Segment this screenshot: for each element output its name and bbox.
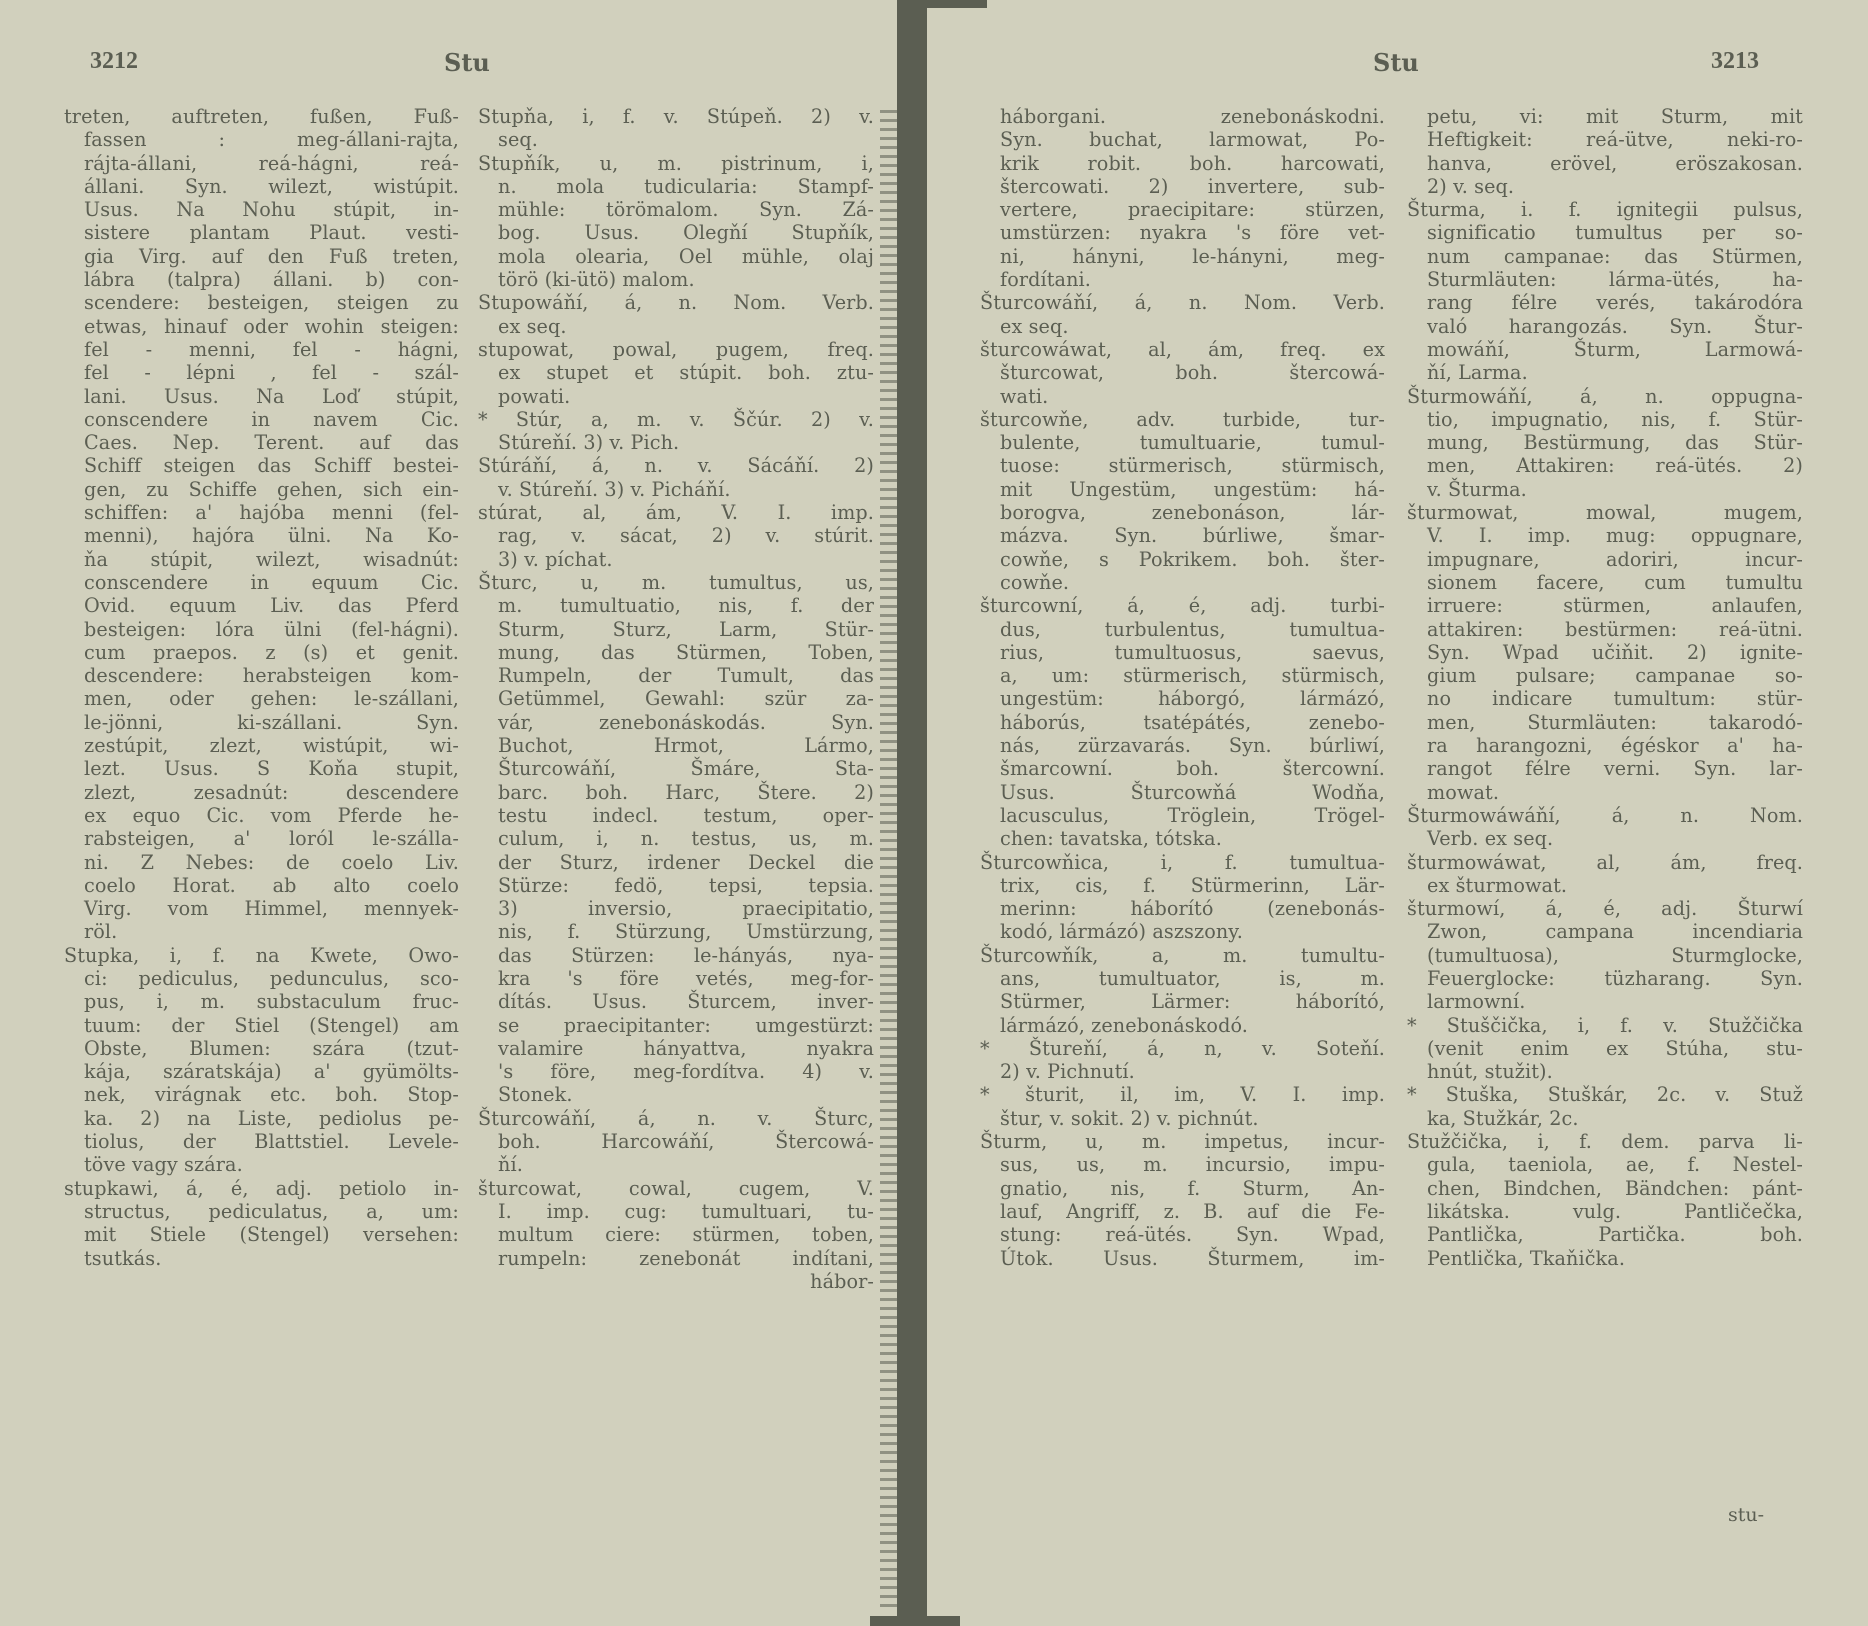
entry-text-line: bulente, tumultuarie, tumul- (1000, 431, 1385, 454)
entry-text-line: boh. Harcowáňí, Štercowá- (498, 1130, 874, 1153)
entry-text-line: valamire hányattva, nyakra (498, 1037, 874, 1060)
entry-text-line: Stúreňí. 3) v. Pich. (498, 431, 874, 454)
entry-text-line: umstürzen: nyakra 's före vet- (1000, 221, 1385, 244)
entry-text-line: powati. (498, 385, 874, 408)
entry-text-line: culum, i, n. testus, us, m. (498, 827, 874, 850)
entry-text-line: šturcowat, boh. štercowá- (1000, 361, 1385, 384)
entry-headword-line: šturcowat, cowal, cugem, V. (478, 1177, 874, 1200)
entry-text-line: chen: tavatska, tótska. (1000, 827, 1385, 850)
entry-text-line: multum ciere: stürmen, toben, (498, 1223, 874, 1246)
entry-text-line: vertere, praecipitare: stürzen, (1000, 198, 1385, 221)
column-3: háborgani. zenebonáskodni.Syn. buchat, l… (1000, 105, 1385, 1270)
entry-text-line: impugnare, adoriri, incur- (1427, 548, 1803, 571)
entry-text-line: háborgani. zenebonáskodni. (1000, 105, 1385, 128)
entry-text-line: Syn. Wpad učiňit. 2) ignite- (1427, 641, 1803, 664)
entry-text-line: se praecipitanter: umgestürzt: (498, 1014, 874, 1037)
entry-text-line: rabsteigen, a' loról le-szálla- (84, 827, 459, 850)
entry-headword-line: * Štureňí, á, n, v. Soteňí. (980, 1037, 1385, 1060)
entry-text-line: lacusculus, Tröglein, Trögel- (1000, 804, 1385, 827)
entry-text-line: gen, zu Schiffe gehen, sich ein- (84, 478, 459, 501)
entry-text-line: men, Sturmläuten: takarodó- (1427, 711, 1803, 734)
entry-text-line: lani. Usus. Na Loď stúpit, (84, 385, 459, 408)
entry-text-line: štur, v. sokit. 2) v. pichnút. (1000, 1107, 1385, 1130)
entry-text-line: zestúpit, zlezt, wistúpit, wi- (84, 734, 459, 757)
entry-text-line: sistere plantam Plaut. vesti- (84, 221, 459, 244)
entry-text-line: tsutkás. (84, 1247, 459, 1270)
entry-text-line: ni. Z Nebes: de coelo Liv. (84, 851, 459, 874)
entry-text-line: coelo Horat. ab alto coelo (84, 874, 459, 897)
column-2: Stupňa, i, f. v. Stúpeň. 2) v.seq.Stupňí… (498, 105, 874, 1293)
entry-text-line: háborús, tsatépátés, zenebo- (1000, 711, 1385, 734)
entry-text-line: mit Ungestüm, ungestüm: há- (1000, 478, 1385, 501)
entry-text-line: num campanae: das Stürmen, (1427, 245, 1803, 268)
entry-text-line: ka. 2) na Liste, pediolus pe- (84, 1107, 459, 1130)
entry-headword-line: šturcowňe, adv. turbide, tur- (980, 408, 1385, 431)
entry-text-line: structus, pediculatus, a, um: (84, 1200, 459, 1223)
entry-headword-line: Stupowáňí, á, n. Nom. Verb. (478, 291, 874, 314)
entry-text-line: rius, tumultuosus, saevus, (1000, 641, 1385, 664)
entry-headword-line: treten, auftreten, fußen, Fuß- (64, 105, 459, 128)
page-number-right: 3213 (1711, 48, 1759, 75)
entry-text-line: men, oder gehen: le-szállani, (84, 687, 459, 710)
entry-text-line: lármázó, zenebonáskodó. (1000, 1014, 1385, 1037)
entry-text-line: menni), hajóra ülni. Na Ko- (84, 524, 459, 547)
entry-text-line: gia Virg. auf den Fuß treten, (84, 245, 459, 268)
entry-headword-line: * Stúr, a, m. v. Ščúr. 2) v. (478, 408, 874, 431)
entry-text-line: seq. (498, 128, 874, 151)
entry-text-line: sionem facere, cum tumultu (1427, 571, 1803, 594)
entry-headword-line: * šturit, il, im, V. I. imp. (980, 1083, 1385, 1106)
entry-text-line: Caes. Nep. Terent. auf das (84, 431, 459, 454)
entry-text-line: schiffen: a' hajóba menni (fel- (84, 501, 459, 524)
entry-text-line: 's före, meg-fordítva. 4) v. (498, 1060, 874, 1083)
entry-text-line: merinn: háborító (zenebonás- (1000, 897, 1385, 920)
page-number-left: 3212 (90, 48, 138, 75)
entry-text-line: men, Attakiren: reá-ütés. 2) (1427, 454, 1803, 477)
entry-text-line: ex seq. (498, 315, 874, 338)
entry-text-line: mung, das Stürmen, Toben, (498, 641, 874, 664)
entry-text-line: ans, tumultuator, is, m. (1000, 967, 1385, 990)
entry-text-line: tuose: stürmerisch, stürmisch, (1000, 454, 1385, 477)
entry-text-line: likátska. vulg. Pantličečka, (1427, 1200, 1803, 1223)
entry-text-line: ňí, Larma. (1427, 361, 1803, 384)
entry-text-line: hábor- (498, 1270, 874, 1293)
entry-text-line: mowáňí, Šturm, Larmowá- (1427, 338, 1803, 361)
entry-headword-line: Šturcowáňí, á, n. v. Šturc, (478, 1107, 874, 1130)
entry-text-line: 3) inversio, praecipitatio, (498, 897, 874, 920)
entry-text-line: chen, Bindchen, Bändchen: pánt- (1427, 1177, 1803, 1200)
entry-headword-line: Stužčička, i, f. dem. parva li- (1407, 1130, 1803, 1153)
entry-text-line: nek, virágnak etc. boh. Stop- (84, 1083, 459, 1106)
entry-text-line: Virg. vom Himmel, mennyek- (84, 897, 459, 920)
entry-text-line: ungestüm: háborgó, lármázó, (1000, 687, 1385, 710)
entry-text-line: dítás. Usus. Šturcem, inver- (498, 990, 874, 1013)
entry-headword-line: Šturcowňík, a, m. tumultu- (980, 944, 1385, 967)
entry-text-line: mung, Bestürmung, das Stür- (1427, 431, 1803, 454)
entry-text-line: Zwon, campana incendiaria (1427, 920, 1803, 943)
entry-text-line: Heftigkeit: reá-ütve, neki-ro- (1427, 128, 1803, 151)
entry-headword-line: šturmowáwat, al, ám, freq. (1407, 851, 1803, 874)
entry-text-line: tio, impugnatio, nis, f. Stür- (1427, 408, 1803, 431)
catchword: stu- (1728, 1504, 1764, 1526)
entry-headword-line: stúrat, al, ám, V. I. imp. (478, 501, 874, 524)
entry-text-line: trix, cis, f. Stürmerinn, Lär- (1000, 874, 1385, 897)
entry-text-line: tiolus, der Blattstiel. Levele- (84, 1130, 459, 1153)
entry-text-line: kája, száratskája) a' gyümölts- (84, 1060, 459, 1083)
entry-headword-line: stupkawi, á, é, adj. petiolo in- (64, 1177, 459, 1200)
entry-text-line: Getümmel, Gewahl: szür za- (498, 687, 874, 710)
entry-text-line: hnút, stužit). (1427, 1060, 1803, 1083)
entry-headword-line: Šturmowáňí, á, n. oppugna- (1407, 385, 1803, 408)
entry-text-line: kra 's före vetés, meg-for- (498, 967, 874, 990)
entry-text-line: v. Šturma. (1427, 478, 1803, 501)
entry-text-line: mázva. Syn. búrliwe, šmar- (1000, 524, 1385, 547)
entry-headword-line: Stupňa, i, f. v. Stúpeň. 2) v. (478, 105, 874, 128)
entry-text-line: conscendere in navem Cic. (84, 408, 459, 431)
entry-text-line: lezt. Usus. S Koňa stupit, (84, 757, 459, 780)
entry-text-line: rumpeln: zenebonát indítani, (498, 1247, 874, 1270)
entry-text-line: m. tumultuatio, nis, f. der (498, 594, 874, 617)
entry-text-line: ra harangozni, égéskor a' ha- (1427, 734, 1803, 757)
entry-text-line: le-jönni, ki-szállani. Syn. (84, 711, 459, 734)
entry-text-line: mola olearia, Oel mühle, olaj (498, 245, 874, 268)
entry-text-line: ex equo Cic. vom Pferde he- (84, 804, 459, 827)
entry-text-line: Sturm, Sturz, Larm, Stür- (498, 618, 874, 641)
entry-text-line: gnatio, nis, f. Sturm, An- (1000, 1177, 1385, 1200)
entry-text-line: V. I. imp. mug: oppugnare, (1427, 524, 1803, 547)
entry-text-line: a, um: stürmerisch, stürmisch, (1000, 664, 1385, 687)
entry-text-line: Buchot, Hrmot, Lármo, (498, 734, 874, 757)
entry-headword-line: Šturc, u, m. tumultus, us, (478, 571, 874, 594)
entry-text-line: Šturcowáňí, Šmáre, Sta- (498, 757, 874, 780)
entry-text-line: hanva, erövel, eröszakosan. (1427, 152, 1803, 175)
entry-text-line: Pantlička, Partička. boh. (1427, 1223, 1803, 1246)
entry-text-line: Syn. buchat, larmowat, Po- (1000, 128, 1385, 151)
entry-text-line: significatio tumultus per so- (1427, 221, 1803, 244)
entry-text-line: Feuerglocke: tüzharang. Syn. (1427, 967, 1803, 990)
column-4: petu, vi: mit Sturm, mitHeftigkeit: reá-… (1427, 105, 1803, 1270)
entry-text-line: etwas, hinauf oder wohin steigen: (84, 315, 459, 338)
entry-text-line: zlezt, zesadnút: descendere (84, 781, 459, 804)
entry-text-line: töve vagy szára. (84, 1153, 459, 1176)
entry-text-line: das Stürzen: le-hányás, nya- (498, 944, 874, 967)
entry-text-line: ka, Stužkár, 2c. (1427, 1107, 1803, 1130)
entry-text-line: kodó, lármázó) aszszony. (1000, 920, 1385, 943)
entry-text-line: fordítani. (1000, 268, 1385, 291)
entry-text-line: rang félre verés, takárodóra (1427, 291, 1803, 314)
entry-text-line: ni, hányni, le-hányni, meg- (1000, 245, 1385, 268)
entry-text-line: mowat. (1427, 781, 1803, 804)
entry-text-line: tuum: der Stiel (Stengel) am (84, 1014, 459, 1037)
entry-headword-line: Šturcowáňí, á, n. Nom. Verb. (980, 291, 1385, 314)
entry-text-line: ňa stúpit, wilezt, wisadnút: (84, 548, 459, 571)
running-head-right: Stu (1373, 48, 1419, 77)
entry-text-line: štercowati. 2) invertere, sub- (1000, 175, 1385, 198)
entry-text-line: fel - lépni , fel - szál- (84, 361, 459, 384)
entry-text-line: dus, turbulentus, tumultua- (1000, 618, 1385, 641)
entry-text-line: pus, i, m. substaculum fruc- (84, 990, 459, 1013)
entry-text-line: gium pulsare; campanae so- (1427, 664, 1803, 687)
entry-text-line: Obste, Blumen: szára (tzut- (84, 1037, 459, 1060)
entry-text-line: állani. Syn. wilezt, wistúpit. (84, 175, 459, 198)
entry-text-line: mühle: törömalom. Syn. Zá- (498, 198, 874, 221)
entry-text-line: ex seq. (1000, 315, 1385, 338)
entry-text-line: törö (ki-ütö) malom. (498, 268, 874, 291)
entry-text-line: lauf, Angriff, z. B. auf die Fe- (1000, 1200, 1385, 1223)
entry-text-line: Stonek. (498, 1083, 874, 1106)
entry-text-line: no indicare tumultum: stür- (1427, 687, 1803, 710)
entry-text-line: sus, us, m. incursio, impu- (1000, 1153, 1385, 1176)
entry-text-line: irruere: stürmen, anlaufen, (1427, 594, 1803, 617)
entry-text-line: descendere: herabsteigen kom- (84, 664, 459, 687)
column-1: treten, auftreten, fußen, Fuß-fassen : m… (84, 105, 459, 1270)
entry-text-line: n. mola tudicularia: Stampf- (498, 175, 874, 198)
entry-text-line: borogva, zenebonáson, lár- (1000, 501, 1385, 524)
book-spine (897, 0, 927, 1626)
entry-text-line: barc. boh. Harc, Štere. 2) (498, 781, 874, 804)
entry-text-line: nis, f. Stürzung, Umstürzung, (498, 920, 874, 943)
entry-text-line: larmowní. (1427, 990, 1803, 1013)
entry-text-line: v. Stúreňí. 3) v. Picháňí. (498, 478, 874, 501)
entry-text-line: mit Stiele (Stengel) versehen: (84, 1223, 459, 1246)
entry-text-line: petu, vi: mit Sturm, mit (1427, 105, 1803, 128)
entry-text-line: ex stupet et stúpit. boh. ztu- (498, 361, 874, 384)
entry-text-line: šmarcowní. boh. štercowní. (1000, 757, 1385, 780)
entry-text-line: nás, zürzavarás. Syn. búrliwí, (1000, 734, 1385, 757)
entry-text-line: rájta-állani, reá-hágni, reá- (84, 152, 459, 175)
entry-text-line: rangot félre verni. Syn. lar- (1427, 757, 1803, 780)
entry-text-line: krik robit. boh. harcowati, (1000, 152, 1385, 175)
entry-text-line: besteigen: lóra ülni (fel-hágni). (84, 618, 459, 641)
entry-text-line: Pentlička, Tkaňička. (1427, 1247, 1803, 1270)
entry-text-line: 3) v. píchat. (498, 548, 874, 571)
entry-text-line: Útok. Usus. Šturmem, im- (1000, 1247, 1385, 1270)
entry-text-line: bog. Usus. Olegňí Stupňík, (498, 221, 874, 244)
left-page: 3212 Stu treten, auftreten, fußen, Fuß-f… (0, 0, 900, 1626)
entry-text-line: ci: pediculus, pedunculus, sco- (84, 967, 459, 990)
entry-text-line: fassen : meg-állani-rajta, (84, 128, 459, 151)
spine-shadow (880, 110, 898, 1610)
entry-headword-line: šturcowní, á, é, adj. turbi- (980, 594, 1385, 617)
entry-headword-line: Stupka, i, f. na Kwete, Owo- (64, 944, 459, 967)
entry-text-line: cowňe, s Pokrikem. boh. šter- (1000, 548, 1385, 571)
entry-text-line: Verb. ex seq. (1427, 827, 1803, 850)
entry-headword-line: Šturm, u, m. impetus, incur- (980, 1130, 1385, 1153)
entry-text-line: Stürmer, Lärmer: háborító, (1000, 990, 1385, 1013)
entry-text-line: 2) v. Pichnutí. (1000, 1060, 1385, 1083)
entry-text-line: wati. (1000, 385, 1385, 408)
entry-text-line: Ovid. equum Liv. das Pferd (84, 594, 459, 617)
entry-text-line: 2) v. seq. (1427, 175, 1803, 198)
entry-text-line: Schiff steigen das Schiff bestei- (84, 454, 459, 477)
entry-text-line: testu indecl. testum, oper- (498, 804, 874, 827)
running-head-left: Stu (444, 48, 490, 77)
entry-headword-line: * Stuščička, i, f. v. Stužčička (1407, 1014, 1803, 1037)
entry-text-line: (venit enim ex Stúha, stu- (1427, 1037, 1803, 1060)
entry-headword-line: Stupňík, u, m. pistrinum, i, (478, 152, 874, 175)
entry-headword-line: Šturma, i. f. ignitegii pulsus, (1407, 198, 1803, 221)
entry-text-line: stung: reá-ütés. Syn. Wpad, (1000, 1223, 1385, 1246)
entry-text-line: scendere: besteigen, steigen zu (84, 291, 459, 314)
entry-text-line: attakiren: bestürmen: reá-ütni. (1427, 618, 1803, 641)
entry-headword-line: šturmowat, mowal, mugem, (1407, 501, 1803, 524)
entry-text-line: ex šturmowat. (1427, 874, 1803, 897)
entry-text-line: I. imp. cug: tumultuari, tu- (498, 1200, 874, 1223)
entry-text-line: gula, taeniola, ae, f. Nestel- (1427, 1153, 1803, 1176)
entry-text-line: lábra (talpra) állani. b) con- (84, 268, 459, 291)
entry-text-line: (tumultuosa), Sturmglocke, (1427, 944, 1803, 967)
entry-headword-line: * Stuška, Stuškár, 2c. v. Stuž (1407, 1083, 1803, 1106)
entry-text-line: rag, v. sácat, 2) v. stúrit. (498, 524, 874, 547)
entry-text-line: vár, zenebonáskodás. Syn. (498, 711, 874, 734)
entry-text-line: röl. (84, 920, 459, 943)
entry-text-line: ňí. (498, 1153, 874, 1176)
entry-headword-line: Šturmowáwáňí, á, n. Nom. (1407, 804, 1803, 827)
entry-headword-line: Stúráňí, á, n. v. Sácáňí. 2) (478, 454, 874, 477)
entry-text-line: cowňe. (1000, 571, 1385, 594)
right-page: Stu 3213 háborgani. zenebonáskodni.Syn. … (930, 0, 1868, 1626)
entry-text-line: való harangozás. Syn. Štur- (1427, 315, 1803, 338)
entry-text-line: Usus. Šturcowňá Wodňa, (1000, 781, 1385, 804)
entry-text-line: fel - menni, fel - hágni, (84, 338, 459, 361)
entry-text-line: Stürze: fedö, tepsi, tepsia. (498, 874, 874, 897)
entry-headword-line: stupowat, powal, pugem, freq. (478, 338, 874, 361)
entry-text-line: conscendere in equum Cic. (84, 571, 459, 594)
entry-headword-line: šturcowáwat, al, ám, freq. ex (980, 338, 1385, 361)
entry-headword-line: šturmowí, á, é, adj. Šturwí (1407, 897, 1803, 920)
entry-text-line: Sturmläuten: lárma-ütés, ha- (1427, 268, 1803, 291)
entry-text-line: Usus. Na Nohu stúpit, in- (84, 198, 459, 221)
entry-text-line: Rumpeln, der Tumult, das (498, 664, 874, 687)
entry-text-line: cum praepos. z (s) et genit. (84, 641, 459, 664)
entry-headword-line: Šturcowňica, i, f. tumultua- (980, 851, 1385, 874)
entry-text-line: der Sturz, irdener Deckel die (498, 851, 874, 874)
